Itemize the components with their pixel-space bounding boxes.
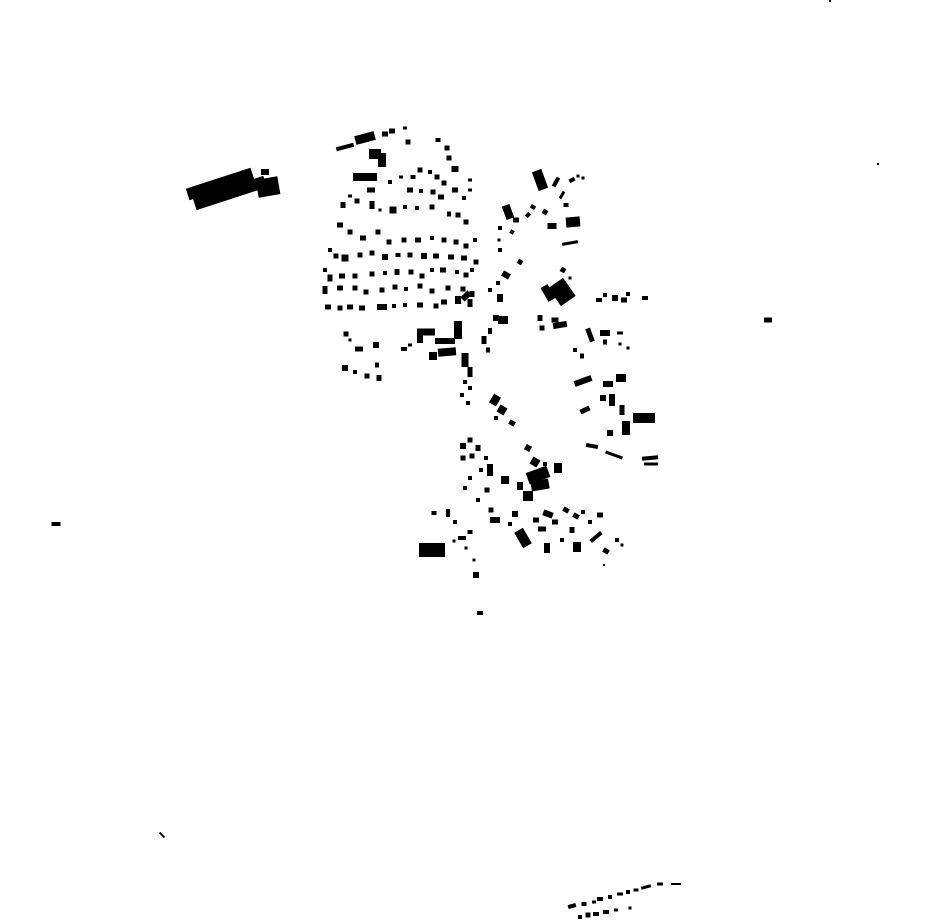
building-footprint <box>620 405 625 415</box>
building-footprint <box>417 333 423 343</box>
building-footprint <box>468 189 472 192</box>
building-footprint <box>569 277 572 280</box>
building-footprint <box>455 270 459 274</box>
building-footprint <box>578 915 582 919</box>
building-footprint <box>573 348 577 352</box>
building-footprint <box>433 254 439 259</box>
building-footprint <box>544 543 550 553</box>
building-footprint <box>421 253 427 259</box>
building-footprint <box>592 901 596 904</box>
building-footprint <box>477 611 483 615</box>
building-footprint <box>373 342 379 348</box>
building-footprint <box>355 199 360 204</box>
building-footprint <box>463 486 467 490</box>
building-footprint <box>342 255 349 262</box>
building-footprint <box>603 564 605 566</box>
building-footprint <box>417 303 423 308</box>
building-footprint <box>440 268 446 273</box>
building-footprint <box>334 254 339 259</box>
building-footprint <box>603 340 607 345</box>
building-footprint <box>428 170 432 174</box>
building-footprint <box>593 912 599 916</box>
building-footprint <box>448 255 454 260</box>
building-footprint <box>406 140 411 145</box>
building-footprint <box>370 251 375 256</box>
building-footprint <box>468 476 472 480</box>
building-footprint <box>642 296 648 300</box>
building-footprint <box>435 175 440 180</box>
building-footprint <box>377 304 387 310</box>
building-footprint <box>473 572 479 578</box>
building-footprint <box>411 175 416 179</box>
building-footprint <box>358 253 363 258</box>
building-footprint <box>347 305 353 310</box>
building-footprint <box>460 443 466 449</box>
building-footprint <box>432 511 437 515</box>
building-footprint <box>378 153 386 167</box>
building-footprint <box>596 298 602 302</box>
building-footprint <box>435 338 455 344</box>
building-footprint <box>627 347 630 350</box>
building-footprint <box>473 238 477 242</box>
building-footprint <box>367 188 375 193</box>
building-footprint <box>382 254 388 260</box>
building-footprint <box>657 883 663 886</box>
building-footprint <box>445 146 450 151</box>
building-footprint <box>454 240 459 245</box>
building-footprint <box>588 520 592 524</box>
building-footprint <box>577 175 580 178</box>
building-footprint <box>603 910 609 914</box>
building-footprint <box>323 286 328 294</box>
building-footprint <box>470 268 474 272</box>
building-footprint <box>552 318 559 323</box>
building-footprint <box>513 218 519 223</box>
building-footprint <box>464 273 469 278</box>
building-footprint <box>455 296 461 304</box>
building-footprint <box>383 271 387 275</box>
building-footprint <box>566 216 581 227</box>
building-footprint <box>341 202 346 208</box>
building-footprint <box>442 238 447 243</box>
building-footprint <box>570 527 575 533</box>
building-footprint <box>430 268 434 272</box>
building-footprint <box>430 205 435 210</box>
building-footprint <box>498 239 501 242</box>
building-footprint <box>488 288 492 292</box>
building-footprint <box>552 520 558 525</box>
building-footprint <box>344 332 349 337</box>
building-footprint <box>409 270 414 275</box>
building-footprint <box>375 363 379 368</box>
building-footprint <box>621 544 624 547</box>
building-footprint <box>338 306 343 311</box>
building-footprint <box>476 498 480 502</box>
building-footprint <box>419 189 423 193</box>
building-footprint <box>408 253 413 258</box>
building-footprint <box>501 476 509 484</box>
building-footprint <box>452 188 458 193</box>
building-footprint <box>621 298 627 303</box>
building-footprint <box>482 336 487 344</box>
building-footprint <box>401 347 407 351</box>
building-footprint <box>339 274 345 279</box>
building-footprint <box>603 381 613 387</box>
building-footprint <box>420 274 425 279</box>
building-footprint <box>430 289 435 294</box>
building-footprint <box>403 205 407 209</box>
building-footprint <box>488 328 492 334</box>
building-footprint <box>402 238 407 243</box>
building-footprint <box>497 294 503 302</box>
building-footprint <box>671 883 681 885</box>
building-footprint <box>498 316 508 324</box>
building-footprint <box>436 138 441 142</box>
building-footprint <box>464 220 469 225</box>
building-footprint <box>468 530 473 534</box>
building-footprint <box>418 284 423 289</box>
building-footprint <box>538 527 546 532</box>
building-footprint <box>468 367 473 377</box>
building-footprint <box>446 509 450 517</box>
building-footprint <box>403 127 407 130</box>
building-footprint <box>474 260 479 265</box>
building-footprint <box>415 238 421 243</box>
building-footprint <box>380 288 385 293</box>
building-footprint <box>615 538 619 542</box>
building-footprint <box>462 353 469 367</box>
building-footprint <box>446 286 451 291</box>
building-footprint <box>325 305 331 310</box>
building-footprint <box>476 445 481 451</box>
building-footprint <box>612 295 618 301</box>
building-footprint <box>353 286 358 291</box>
building-footprint <box>404 287 408 291</box>
building-footprint <box>614 909 618 912</box>
building-footprint <box>342 365 348 371</box>
building-footprint <box>442 181 447 186</box>
building-footprint <box>328 248 332 252</box>
building-footprint <box>533 518 539 523</box>
building-footprint <box>597 897 603 901</box>
building-footprint <box>600 395 606 401</box>
building-footprint <box>468 179 472 182</box>
building-footprint <box>603 293 607 297</box>
building-footprint <box>452 166 459 172</box>
building-footprint <box>489 508 494 513</box>
building-footprint <box>487 464 493 476</box>
building-footprint <box>617 893 623 896</box>
building-footprint <box>609 394 615 406</box>
building-footprint <box>407 188 413 193</box>
building-footprint <box>462 196 466 200</box>
building-footprint <box>323 268 327 272</box>
building-footprint <box>498 248 502 252</box>
building-footprint <box>486 348 490 353</box>
building-footprint <box>517 482 523 490</box>
building-footprint <box>360 236 366 241</box>
building-footprint <box>543 462 547 466</box>
building-footprint <box>466 401 470 405</box>
building-footprint <box>461 256 467 261</box>
building-footprint <box>608 895 612 899</box>
building-footprint <box>600 330 610 336</box>
building-footprint <box>387 240 392 245</box>
building-footprint <box>390 207 397 214</box>
building-footprint <box>470 454 475 459</box>
building-footprint <box>52 522 61 526</box>
building-footprint <box>468 438 473 443</box>
building-footprint <box>633 413 655 423</box>
building-footprint <box>616 374 626 382</box>
building-footprint <box>348 195 352 198</box>
building-footprint <box>581 510 585 514</box>
building-footprint <box>597 513 603 518</box>
building-footprint <box>498 226 502 230</box>
building-footprint <box>429 352 437 360</box>
building-footprint <box>465 547 468 550</box>
building-footprint <box>548 223 557 229</box>
building-footprint <box>261 169 269 175</box>
figure-ground-map <box>0 0 930 924</box>
building-footprint <box>634 889 639 892</box>
building-footprint <box>554 463 562 473</box>
building-footprint <box>359 306 365 311</box>
building-footprint <box>460 393 464 397</box>
building-footprint <box>454 321 462 339</box>
building-footprint <box>485 488 490 493</box>
building-footprint <box>829 0 831 2</box>
building-footprint <box>337 286 343 291</box>
building-footprint <box>364 290 369 295</box>
map-background <box>0 0 930 924</box>
building-footprint <box>379 209 382 212</box>
building-footprint <box>399 176 403 179</box>
building-footprint <box>353 370 357 374</box>
building-footprint <box>256 176 281 198</box>
building-footprint <box>441 300 447 305</box>
building-footprint <box>586 913 591 918</box>
building-footprint <box>463 380 467 384</box>
building-footprint <box>431 190 436 195</box>
map-canvas <box>0 0 930 924</box>
building-footprint <box>388 180 392 184</box>
building-footprint <box>382 132 388 137</box>
building-footprint <box>389 129 395 134</box>
building-footprint <box>337 223 343 228</box>
building-footprint <box>438 347 457 357</box>
building-footprint <box>447 212 451 217</box>
building-footprint <box>629 907 632 910</box>
building-footprint <box>415 206 419 210</box>
building-footprint <box>393 285 398 290</box>
building-footprint <box>538 315 543 321</box>
building-footprint <box>461 456 466 461</box>
building-footprint <box>607 430 613 436</box>
building-footprint <box>418 168 423 173</box>
building-footprint <box>376 230 381 235</box>
building-footprint <box>512 511 518 517</box>
building-footprint <box>540 326 545 331</box>
building-footprint <box>490 517 500 523</box>
building-footprint <box>473 559 476 562</box>
building-footprint <box>458 536 466 540</box>
building-footprint <box>453 520 457 524</box>
building-footprint <box>355 347 363 352</box>
building-footprint <box>468 386 472 390</box>
building-footprint <box>370 272 375 277</box>
building-footprint <box>496 281 500 285</box>
building-footprint <box>370 201 375 209</box>
building-footprint <box>644 463 658 466</box>
building-footprint <box>349 339 352 342</box>
building-footprint <box>877 163 879 165</box>
building-footprint <box>456 213 461 218</box>
building-footprint <box>392 304 396 308</box>
building-footprint <box>439 543 445 553</box>
building-footprint <box>430 236 434 240</box>
building-footprint <box>438 195 444 200</box>
building-footprint <box>468 299 473 307</box>
building-footprint <box>464 244 469 249</box>
building-footprint <box>564 203 569 207</box>
building-footprint <box>508 522 512 526</box>
building-footprint <box>396 253 401 257</box>
building-footprint <box>395 269 400 275</box>
building-footprint <box>582 177 585 180</box>
building-footprint <box>461 287 466 292</box>
building-footprint <box>408 344 412 347</box>
building-footprint <box>523 491 533 501</box>
building-footprint <box>479 468 483 472</box>
building-footprint <box>328 275 333 282</box>
building-footprint <box>434 304 439 309</box>
building-footprint <box>453 540 456 543</box>
building-footprint <box>353 274 358 279</box>
building-footprint <box>447 156 452 161</box>
building-footprint <box>377 375 382 381</box>
building-footprint <box>622 421 630 435</box>
building-footprint <box>403 303 407 307</box>
building-footprint <box>365 374 370 379</box>
building-footprint <box>484 456 488 460</box>
building-footprint <box>573 542 581 552</box>
building-footprint <box>348 230 353 235</box>
building-footprint <box>582 902 587 906</box>
building-footprint <box>619 343 622 346</box>
building-footprint <box>626 292 630 296</box>
building-footprint <box>353 173 377 181</box>
building-footprint <box>617 332 623 335</box>
building-footprint <box>764 318 772 323</box>
building-footprint <box>580 354 584 359</box>
building-footprint <box>494 416 498 420</box>
building-footprint <box>560 538 564 542</box>
building-footprint <box>626 890 630 894</box>
